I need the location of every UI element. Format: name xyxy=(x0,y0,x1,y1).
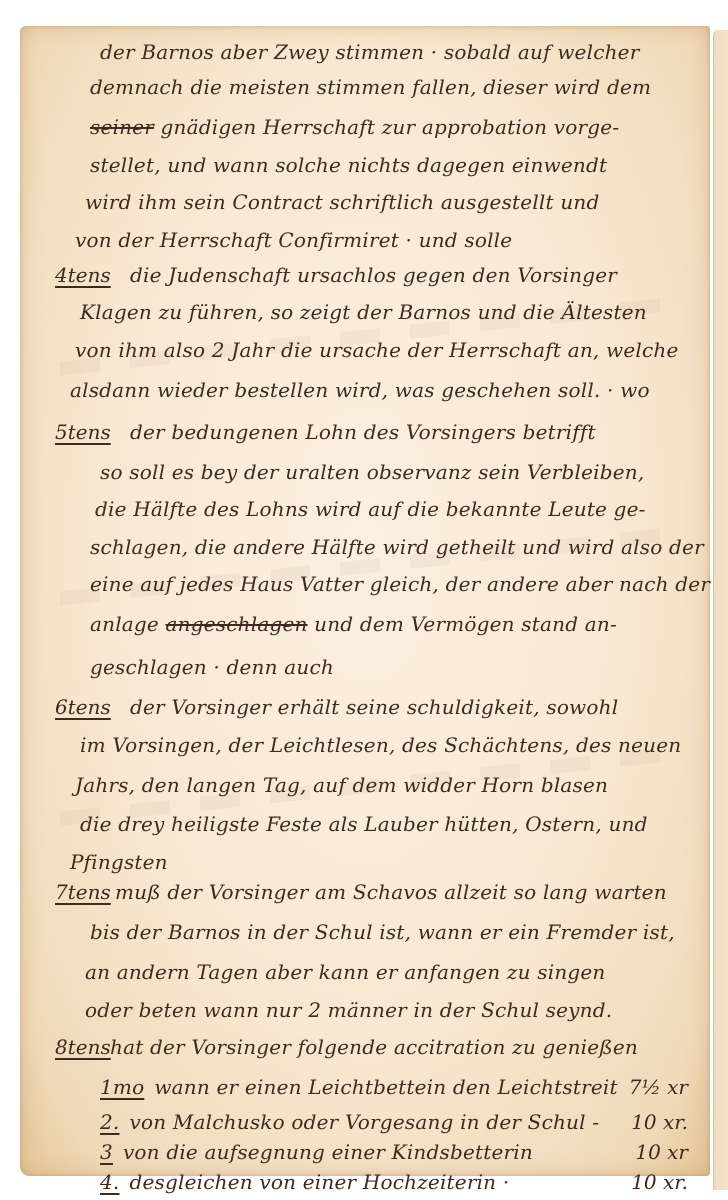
manuscript-line: von der Herrschaft Confirmiret · und sol… xyxy=(75,228,512,252)
fee-row: 1mowann er einen Leichtbettein den Leich… xyxy=(100,1075,618,1099)
manuscript-line: stellet, und wann solche nichts dagegen … xyxy=(90,153,607,177)
fee-description: von Malchusko oder Vorgesang in der Schu… xyxy=(129,1110,599,1134)
fee-description: von die aufsegnung einer Kindsbetterin xyxy=(123,1140,533,1164)
manuscript-line: hat der Vorsinger folgende accitration z… xyxy=(110,1035,638,1059)
fee-row: 4.desgleichen von einer Hochzeiterin · xyxy=(100,1170,509,1194)
manuscript-line: der Vorsinger erhält seine schuldigkeit,… xyxy=(130,695,618,719)
line-prefix: anlage xyxy=(90,612,166,636)
struck-out-word: seiner xyxy=(90,115,154,139)
line-text: schlagen, die andere Hälfte wird getheil… xyxy=(90,535,704,559)
margin-heading: 7tens xyxy=(55,880,111,904)
fee-row: 2.von Malchusko oder Vorgesang in der Sc… xyxy=(100,1110,599,1134)
fee-amount: 10 xr. xyxy=(631,1170,688,1194)
line-text: alsdann wieder bestellen wird, was gesch… xyxy=(70,378,650,402)
line-text: an andern Tagen aber kann er anfangen zu… xyxy=(85,960,606,984)
line-text: wird ihm sein Contract schriftlich ausge… xyxy=(85,190,599,214)
manuscript-line: demnach die meisten stimmen fallen, dies… xyxy=(90,75,651,99)
manuscript-line: im Vorsingen, der Leichtlesen, des Schäc… xyxy=(80,733,681,757)
line-text: im Vorsingen, der Leichtlesen, des Schäc… xyxy=(80,733,681,757)
line-text: gnädigen Herrschaft zur approbation vorg… xyxy=(161,115,620,139)
fee-number: 3 xyxy=(100,1140,113,1164)
manuscript-line: die Judenschaft ursachlos gegen den Vors… xyxy=(130,263,617,287)
manuscript-line: Jahrs, den langen Tag, auf dem widder Ho… xyxy=(75,773,608,797)
line-text: oder beten wann nur 2 männer in der Schu… xyxy=(85,998,612,1022)
manuscript-line: der Barnos aber Zwey stimmen · sobald au… xyxy=(100,40,639,64)
fee-description: desgleichen von einer Hochzeiterin · xyxy=(129,1170,509,1194)
line-text: die drey heiligste Feste als Lauber hütt… xyxy=(80,812,648,836)
manuscript-line: der bedungenen Lohn des Vorsingers betri… xyxy=(130,420,596,444)
manuscript-line: Klagen zu führen, so zeigt der Barnos un… xyxy=(80,300,647,324)
fee-number: 2. xyxy=(100,1110,119,1134)
line-text: die Hälfte des Lohns wird auf die bekann… xyxy=(95,497,646,521)
line-text: der Barnos aber Zwey stimmen · sobald au… xyxy=(100,40,639,64)
manuscript-line: die Hälfte des Lohns wird auf die bekann… xyxy=(95,497,646,521)
manuscript-line: so soll es bey der uralten observanz sei… xyxy=(100,460,644,484)
line-text: hat der Vorsinger folgende accitration z… xyxy=(110,1035,638,1059)
margin-heading: 6tens xyxy=(55,695,111,719)
line-text: die Judenschaft ursachlos gegen den Vors… xyxy=(130,263,617,287)
fee-amount: 10 xr. xyxy=(631,1110,688,1134)
margin-heading: 8tens xyxy=(55,1035,111,1059)
manuscript-line: wird ihm sein Contract schriftlich ausge… xyxy=(85,190,599,214)
line-text: muß der Vorsinger am Schavos allzeit so … xyxy=(115,880,667,904)
struck-out-word: angeschlagen xyxy=(166,612,308,636)
fee-number: 1mo xyxy=(100,1075,144,1099)
line-text: bis der Barnos in der Schul ist, wann er… xyxy=(90,920,675,944)
margin-heading: 5tens xyxy=(55,420,111,444)
line-text: geschlagen · denn auch xyxy=(90,655,334,679)
line-text: eine auf jedes Haus Vatter gleich, der a… xyxy=(90,572,710,596)
manuscript-line: eine auf jedes Haus Vatter gleich, der a… xyxy=(90,572,710,596)
fee-description: wann er einen Leichtbettein den Leichtst… xyxy=(154,1075,617,1099)
line-text: Jahrs, den langen Tag, auf dem widder Ho… xyxy=(75,773,608,797)
manuscript-line: schlagen, die andere Hälfte wird getheil… xyxy=(90,535,704,559)
manuscript-line: geschlagen · denn auch xyxy=(90,655,334,679)
fee-number: 4. xyxy=(100,1170,119,1194)
fee-amount: 10 xr xyxy=(635,1140,688,1164)
manuscript-line: an andern Tagen aber kann er anfangen zu… xyxy=(85,960,606,984)
line-text: von der Herrschaft Confirmiret · und sol… xyxy=(75,228,512,252)
manuscript-line: von ihm also 2 Jahr die ursache der Herr… xyxy=(75,338,679,362)
line-text: Klagen zu führen, so zeigt der Barnos un… xyxy=(80,300,647,324)
manuscript-line: seiner gnädigen Herrschaft zur approbati… xyxy=(90,115,619,139)
line-text: Pfingsten xyxy=(70,850,168,874)
manuscript-line: oder beten wann nur 2 männer in der Schu… xyxy=(85,998,612,1022)
line-text: und dem Vermögen stand an- xyxy=(314,612,617,636)
line-text: der bedungenen Lohn des Vorsingers betri… xyxy=(130,420,596,444)
line-text: stellet, und wann solche nichts dagegen … xyxy=(90,153,607,177)
manuscript-line: die drey heiligste Feste als Lauber hütt… xyxy=(80,812,648,836)
manuscript-line: alsdann wieder bestellen wird, was gesch… xyxy=(70,378,650,402)
line-text: der Vorsinger erhält seine schuldigkeit,… xyxy=(130,695,618,719)
line-text: so soll es bey der uralten observanz sei… xyxy=(100,460,644,484)
manuscript-line: anlage angeschlagen und dem Vermögen sta… xyxy=(90,612,617,636)
fee-amount: 7½ xr xyxy=(629,1075,688,1099)
line-text: von ihm also 2 Jahr die ursache der Herr… xyxy=(75,338,679,362)
line-text: demnach die meisten stimmen fallen, dies… xyxy=(90,75,651,99)
facing-page-edge xyxy=(713,30,728,1190)
fee-row: 3von die aufsegnung einer Kindsbetterin xyxy=(100,1140,533,1164)
manuscript-line: Pfingsten xyxy=(70,850,168,874)
manuscript-line: bis der Barnos in der Schul ist, wann er… xyxy=(90,920,675,944)
manuscript-line: muß der Vorsinger am Schavos allzeit so … xyxy=(115,880,667,904)
margin-heading: 4tens xyxy=(55,263,111,287)
